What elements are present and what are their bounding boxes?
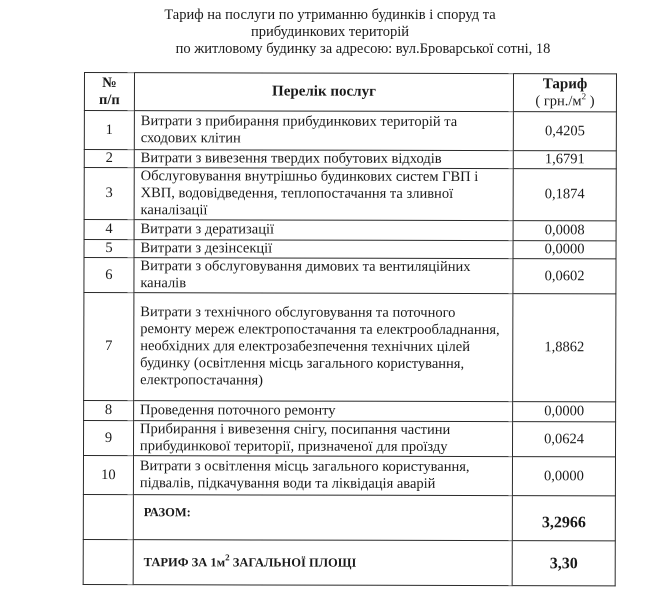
- table-row: 6 Витрати з обслуговування димових та ве…: [84, 258, 616, 294]
- row-tariff: 0,0000: [513, 241, 616, 259]
- row-number: 7: [84, 293, 134, 401]
- table-row: 10 Витрати з освітлення місць загального…: [83, 456, 615, 496]
- header-number: № п/п: [84, 73, 134, 111]
- row-service: Витрати з дератизації: [134, 220, 513, 241]
- table-row: 9 Прибирання і вивезення снігу, посипанн…: [83, 421, 615, 457]
- header-services: Перелік послуг: [134, 73, 513, 112]
- total-row: РАЗОМ: 3,2966: [83, 494, 615, 540]
- row-number: 4: [84, 220, 134, 240]
- row-number: 2: [84, 150, 134, 168]
- table-header-row: № п/п Перелік послуг Тариф ( грн./м2 ): [84, 73, 616, 112]
- table-row: 1 Витрати з прибирання прибудинкових тер…: [84, 111, 616, 151]
- row-number: 5: [84, 240, 134, 258]
- title-line-address: по житловому будинку за адресою: вул.Бро…: [0, 41, 660, 58]
- table-row: 5 Витрати з дезінсекції 0,0000: [84, 240, 616, 259]
- row-number: 8: [84, 401, 134, 421]
- tariff-per-m2-value: 3,30: [512, 541, 615, 586]
- row-service: Прибирання і вивезення снігу, посипання …: [133, 421, 512, 457]
- tariff-per-m2-label: ТАРИФ ЗА 1м2 ЗАГАЛЬНОЇ ПЛОЩІ: [133, 540, 512, 586]
- row-tariff: 0,0602: [513, 259, 616, 294]
- row-service: Витрати з дезінсекції: [134, 240, 513, 259]
- row-service: Проведення поточного ремонту: [134, 401, 513, 422]
- row-tariff: 0,4205: [513, 112, 616, 151]
- row-service: Обслуговування внутрішньо будинкових сис…: [134, 168, 513, 221]
- row-tariff: 0,0000: [513, 457, 616, 496]
- title-line-1: Тариф на послуги по утриманню будинків і…: [0, 7, 660, 24]
- tariff-per-m2-row: ТАРИФ ЗА 1м2 ЗАГАЛЬНОЇ ПЛОЩІ 3,30: [83, 539, 615, 585]
- table-row: 2 Витрати з вивезення твердих побутових …: [84, 150, 616, 169]
- row-service: Витрати з технічного обслуговування та п…: [134, 293, 514, 402]
- row-number: 3: [84, 168, 134, 220]
- row-tariff: 0,0000: [513, 402, 616, 422]
- row-tariff: 0,0008: [513, 221, 616, 241]
- total-label: РАЗОМ:: [133, 495, 512, 541]
- row-tariff: 0,0624: [513, 422, 616, 457]
- row-tariff: 0,1874: [513, 169, 616, 221]
- row-service: Витрати з вивезення твердих побутових ві…: [134, 150, 513, 169]
- row-number: 9: [83, 421, 133, 456]
- row-number: 10: [83, 456, 133, 495]
- table-row: 8 Проведення поточного ремонту 0,0000: [84, 401, 616, 422]
- row-service: Витрати з прибирання прибудинкових терит…: [134, 111, 513, 151]
- tariff-unit: ( грн./м2 ): [520, 93, 610, 110]
- table-row: 3 Обслуговування внутрішньо будинкових с…: [84, 168, 616, 221]
- row-number: 6: [84, 258, 134, 293]
- row-tariff: 1,8862: [513, 294, 616, 402]
- row-service: Витрати з обслуговування димових та вент…: [134, 258, 513, 294]
- tariff-per-m2-number-cell: [83, 539, 133, 584]
- table-row: 7 Витрати з технічного обслуговування та…: [84, 293, 616, 402]
- row-number: 1: [84, 111, 134, 150]
- header-tariff: Тариф ( грн./м2 ): [514, 74, 617, 112]
- row-tariff: 1,6791: [513, 151, 616, 169]
- row-service: Витрати з освітлення місць загального ко…: [133, 456, 512, 496]
- table-row: 4 Витрати з дератизації 0,0008: [84, 220, 616, 241]
- title-line-2: прибудинкових територій: [0, 24, 660, 41]
- tariff-table: № п/п Перелік послуг Тариф ( грн./м2 ) 1…: [83, 72, 617, 586]
- total-row-number-cell: [83, 494, 133, 539]
- document-title: Тариф на послуги по утриманню будинків і…: [0, 7, 660, 58]
- total-value: 3,2966: [512, 496, 615, 541]
